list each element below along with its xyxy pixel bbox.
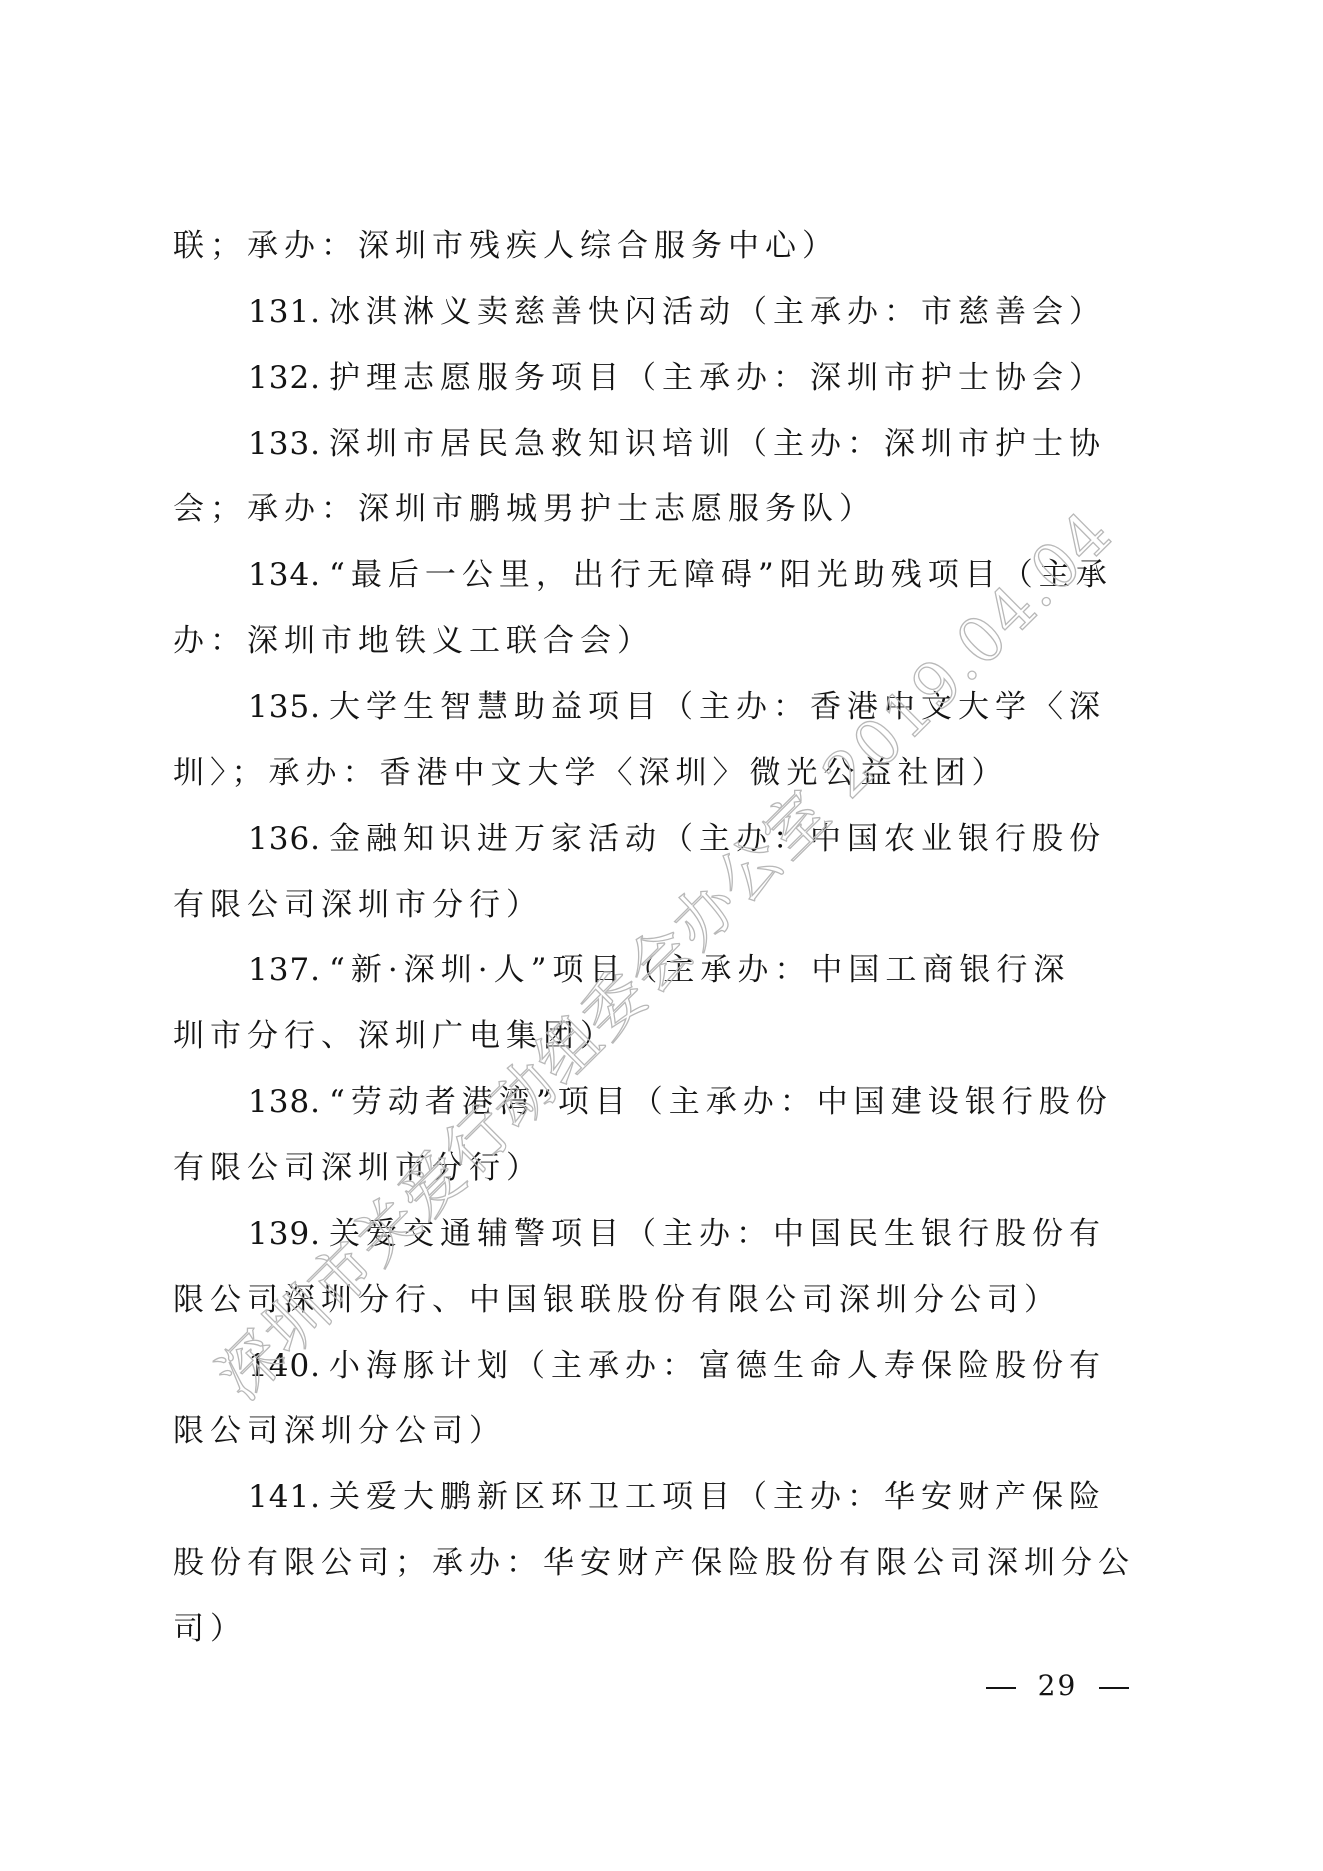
text-line: 股份有限公司；承办：华安财产保险股份有限公司深圳分公 [173,1531,1157,1597]
text-line: 圳〉；承办：香港中文大学〈深圳〉微光公益社团） [173,741,1157,807]
line-text: 限公司深圳分行、中国银联股份有限公司深圳分公司） [173,1282,1061,1318]
text-line: 限公司深圳分行、中国银联股份有限公司深圳分公司） [173,1268,1157,1334]
line-text: “新·深圳·人”项目（主承办：中国工商银行深 [329,952,1070,988]
line-text: 办：深圳市地铁义工联合会） [173,623,654,659]
text-line: 限公司深圳分公司） [173,1399,1157,1465]
line-text: 深圳市居民急救知识培训（主办：深圳市护士协 [329,426,1106,462]
list-item-137: 137.“新·深圳·人”项目（主承办：中国工商银行深 [173,938,1157,1004]
list-item-135: 135.大学生智慧助益项目（主办：香港中文大学〈深 [173,675,1157,741]
line-text: “劳动者港湾”项目（主承办：中国建设银行股份 [329,1084,1113,1120]
text-line: 圳市分行、深圳广电集团） [173,1004,1157,1070]
item-number: 139. [248,1216,321,1252]
list-item-136: 136.金融知识进万家活动（主办：中国农业银行股份 [173,807,1157,873]
item-number: 134. [248,557,321,593]
dash-right-icon [1099,1687,1129,1689]
line-text: 小海豚计划（主承办：富德生命人寿保险股份有 [329,1348,1106,1384]
line-text: 限公司深圳分公司） [173,1413,506,1449]
item-number: 131. [248,294,321,330]
line-text: 大学生智慧助益项目（主办：香港中文大学〈深 [329,689,1106,725]
text-line: 有限公司深圳市分行） [173,873,1157,939]
item-number: 138. [248,1084,321,1120]
list-item-131: 131.冰淇淋义卖慈善快闪活动（主承办：市慈善会） [173,280,1157,346]
list-item-141: 141.关爱大鹏新区环卫工项目（主办：华安财产保险 [173,1465,1157,1531]
document-page: 联；承办：深圳市残疾人综合服务中心） 131.冰淇淋义卖慈善快闪活动（主承办：市… [0,0,1323,1871]
list-item-139: 139.关爱交通辅警项目（主办：中国民生银行股份有 [173,1202,1157,1268]
text-line: 司） [173,1597,1157,1663]
list-item-140: 140.小海豚计划（主承办：富德生命人寿保险股份有 [173,1334,1157,1400]
line-text: 关爱交通辅警项目（主办：中国民生银行股份有 [329,1216,1106,1252]
line-text: 圳〉；承办：香港中文大学〈深圳〉微光公益社团） [173,755,1009,791]
line-text: 护理志愿服务项目（主承办：深圳市护士协会） [329,360,1106,396]
item-number: 136. [248,821,321,857]
line-text: 司） [173,1611,247,1647]
item-number: 140. [248,1348,321,1384]
dash-left-icon [986,1687,1016,1689]
line-text: 有限公司深圳市分行） [173,887,543,923]
list-item-134: 134.“最后一公里，出行无障碍”阳光助残项目（主承 [173,543,1157,609]
text-line: 联；承办：深圳市残疾人综合服务中心） [173,214,1157,280]
line-text: “最后一公里，出行无障碍”阳光助残项目（主承 [329,557,1113,593]
text-line: 办：深圳市地铁义工联合会） [173,609,1157,675]
list-item-132: 132.护理志愿服务项目（主承办：深圳市护士协会） [173,346,1157,412]
item-number: 133. [248,426,321,462]
page-number-value: 29 [1038,1666,1078,1706]
text-line: 会；承办：深圳市鹏城男护士志愿服务队） [173,477,1157,543]
item-number: 141. [248,1479,321,1515]
item-number: 135. [248,689,321,725]
document-body: 联；承办：深圳市残疾人综合服务中心） 131.冰淇淋义卖慈善快闪活动（主承办：市… [173,214,1157,1663]
list-item-138: 138.“劳动者港湾”项目（主承办：中国建设银行股份 [173,1070,1157,1136]
text-line: 有限公司深圳市分行） [173,1136,1157,1202]
line-text: 关爱大鹏新区环卫工项目（主办：华安财产保险 [329,1479,1106,1515]
page-number: 29 [985,1666,1130,1706]
line-text: 有限公司深圳市分行） [173,1150,543,1186]
list-item-133: 133.深圳市居民急救知识培训（主办：深圳市护士协 [173,412,1157,478]
line-text: 圳市分行、深圳广电集团） [173,1018,617,1054]
line-text: 冰淇淋义卖慈善快闪活动（主承办：市慈善会） [329,294,1106,330]
line-text: 金融知识进万家活动（主办：中国农业银行股份 [329,821,1106,857]
item-number: 132. [248,360,321,396]
line-text: 股份有限公司；承办：华安财产保险股份有限公司深圳分公 [173,1545,1135,1581]
line-text: 会；承办：深圳市鹏城男护士志愿服务队） [173,491,876,527]
item-number: 137. [248,952,321,988]
line-text: 联；承办：深圳市残疾人综合服务中心） [173,228,839,264]
